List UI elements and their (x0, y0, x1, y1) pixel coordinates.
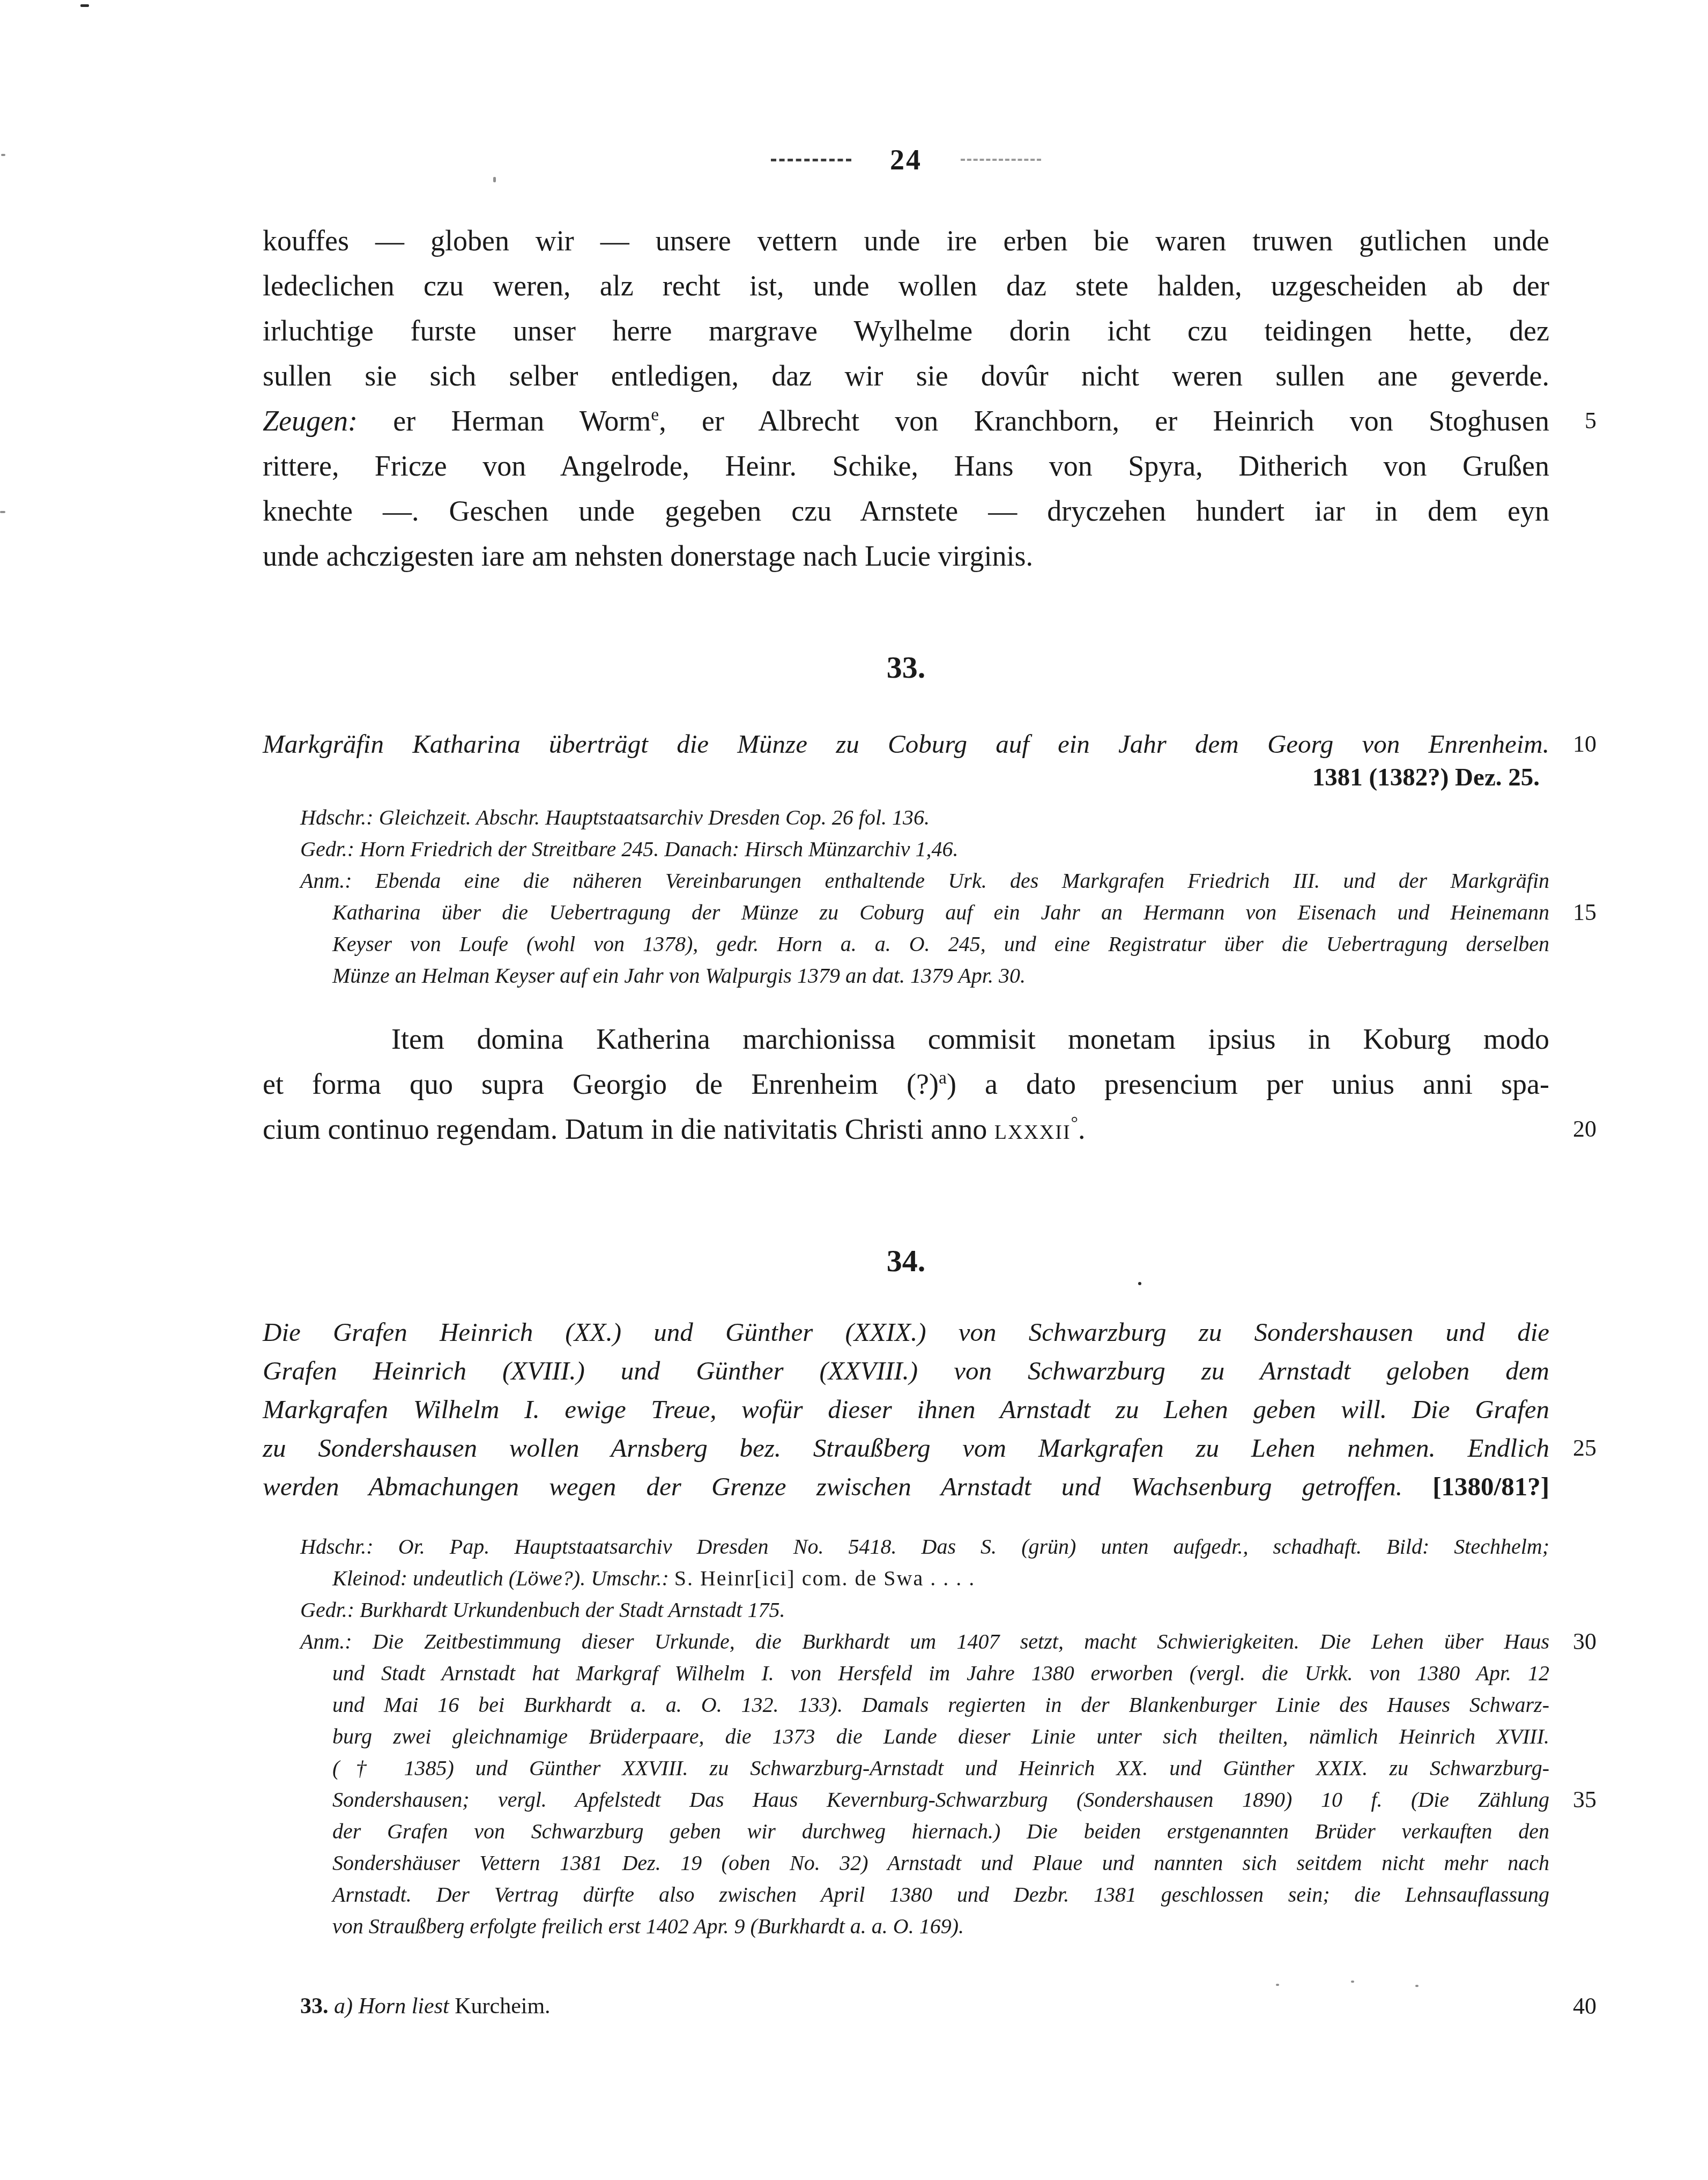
summary-line: werden Abmachungen wegen der Grenze zwis… (263, 1467, 1549, 1506)
scan-speck (1351, 1981, 1354, 1983)
entry34-apparatus: Hdschr.: Or. Pap. Hauptstaatsarchiv Dres… (300, 1531, 1549, 1942)
header-rule-right (961, 159, 1041, 161)
witnesses-label: Zeugen: (263, 405, 358, 437)
margin-line-number: 30 (1573, 1626, 1596, 1657)
gedr-line: Gedr.: Burkhardt Urkundenbuch der Stadt … (300, 1594, 1549, 1626)
latin-line: et forma quo supra Georgio de Enrenheim … (263, 1062, 1549, 1107)
anm-line: Sondershäuser Vettern 1381 Dez. 19 (oben… (332, 1847, 1549, 1879)
entry34-date: [1380/81?] (1432, 1472, 1549, 1501)
anm-line: und Mai 16 bei Burkhardt a. a. O. 132. 1… (332, 1689, 1549, 1721)
scan-speck (1276, 1984, 1279, 1986)
margin-line-number: 20 (1573, 1107, 1596, 1152)
footnote-mark: a) (329, 1994, 359, 2019)
text-segment: Anm.: Die Zeitbestimmung dieser Urkunde,… (300, 1629, 1549, 1653)
superscript-note: e (651, 405, 659, 425)
text-segment: . (1078, 1113, 1086, 1145)
margin-line-number: 10 (1573, 725, 1596, 763)
anm-line: von Straußberg erfolgte freilich erst 14… (332, 1910, 1549, 1942)
footnote-text-roman: Kurcheim. (455, 1994, 550, 2019)
ordinal-mark: ° (1071, 1113, 1078, 1133)
anm-line: Arnstadt. Der Vertrag dürfte also zwisch… (332, 1879, 1549, 1910)
anm-line: Keyser von Loufe (wohl von 1378), gedr. … (332, 928, 1549, 960)
text-line: kouffes — globen wir — unsere vettern un… (263, 218, 1549, 263)
page-header: 24 (263, 138, 1549, 181)
page-number: 24 (890, 143, 922, 176)
hdschr-line2: Kleinod: undeutlich (Löwe?). Umschr.: S.… (332, 1562, 1549, 1594)
text-line: unde achczigesten iare am nehsten doners… (263, 533, 1549, 579)
gedr-line: Gedr.: Horn Friedrich der Streitbare 245… (300, 833, 1549, 865)
text-line: rittere, Fricze von Angelrode, Heinr. Sc… (263, 443, 1549, 488)
scan-speck (0, 511, 5, 513)
text-segment: Markgräfin Katharina überträgt die Münze… (263, 729, 1549, 759)
scan-speck (1415, 1985, 1419, 1987)
margin-line-number: 5 (1585, 398, 1596, 443)
roman-numeral-year: lxxxii (994, 1113, 1071, 1145)
text-segment: et forma quo supra Georgio de Enrenheim … (263, 1068, 939, 1100)
scanned-book-page: 24 kouffes — globen wir — unsere vettern… (0, 0, 1708, 2180)
text-segment: ) a dato presencium per unius anni spa- (947, 1068, 1549, 1100)
text-segment: werden Abmachungen wegen der Grenze zwis… (263, 1472, 1432, 1501)
summary-line: zu Sondershausen wollen Arnsberg bez. St… (263, 1429, 1549, 1467)
entry33-apparatus: Hdschr.: Gleichzeit. Abschr. Hauptstaats… (300, 802, 1549, 991)
hdschr-line: Hdschr.: Or. Pap. Hauptstaatsarchiv Dres… (300, 1531, 1549, 1562)
margin-line-number: 35 (1573, 1784, 1596, 1815)
anm-line: und Stadt Arnstadt hat Markgraf Wilhelm … (332, 1657, 1549, 1689)
latin-line: Item domina Katherina marchionissa commi… (263, 1017, 1549, 1062)
summary-line: Grafen Heinrich (XVIII.) und Günther (XX… (263, 1352, 1549, 1390)
scan-speck (1, 154, 5, 156)
text-segment: , er Albrecht von Kranchborn, er Heinric… (659, 405, 1549, 437)
text-segment: Sondershausen; vergl. Apfelstedt Das Hau… (332, 1788, 1549, 1812)
anm-line: Münze an Helman Keyser auf ein Jahr von … (332, 960, 1549, 991)
entry33-number: 33. (263, 646, 1549, 689)
text-line: knechte —. Geschen unde gegeben czu Arns… (263, 488, 1549, 533)
text-segment: Katharina über die Uebertragung der Münz… (332, 900, 1549, 924)
text-line: sullen sie sich selber entledigen, daz w… (263, 353, 1549, 398)
footnote-entry-number: 33. (300, 1994, 329, 2019)
paragraph-entry32-continuation: kouffes — globen wir — unsere vettern un… (263, 218, 1549, 579)
text-line: irluchtige furste unser herre margrave W… (263, 308, 1549, 353)
hdschr-line: Hdschr.: Gleichzeit. Abschr. Hauptstaats… (300, 802, 1549, 833)
margin-line-number: 15 (1573, 896, 1596, 928)
header-rule-left (771, 159, 851, 161)
entry34-number: 34. (263, 1240, 1549, 1282)
summary-line: Die Grafen Heinrich (XX.) und Günther (X… (263, 1313, 1549, 1352)
scan-speck (80, 4, 89, 7)
scan-speck (1138, 1282, 1141, 1285)
anm-line: Katharina über die Uebertragung der Münz… (332, 896, 1549, 928)
anm-line: burg zwei gleichnamige Brüderpaare, die … (332, 1721, 1549, 1752)
anm-line: († 1385) und Günther XXVIII. zu Schwarzb… (332, 1752, 1549, 1784)
margin-line-number: 25 (1573, 1429, 1596, 1467)
text-segment: Kleinod: undeutlich (Löwe?). Umschr.: (332, 1566, 674, 1590)
entry33-date: 1381 (1382?) Dez. 25. (263, 758, 1549, 797)
anm-line: der Grafen von Schwarzburg geben wir dur… (332, 1815, 1549, 1847)
footnote-entry33: 33. a) Horn liest Kurcheim.40 (300, 1990, 1549, 2022)
footnote-marker: a (939, 1068, 947, 1088)
footnote-text-italic: Horn liest (359, 1994, 455, 2019)
anm-line: Sondershausen; vergl. Apfelstedt Das Hau… (332, 1784, 1549, 1815)
text-line-witnesses: Zeugen: er Herman Worme, er Albrecht von… (263, 398, 1549, 443)
latin-line: cium continuo regendam. Datum in die nat… (263, 1107, 1549, 1152)
text-line: ledeclichen czu weren, alz recht ist, un… (263, 263, 1549, 308)
anm-line: Anm.: Die Zeitbestimmung dieser Urkunde,… (300, 1626, 1549, 1657)
entry34-summary: Die Grafen Heinrich (XX.) und Günther (X… (263, 1313, 1549, 1506)
text-segment: cium continuo regendam. Datum in die nat… (263, 1113, 994, 1145)
margin-line-number: 40 (1573, 1990, 1596, 2022)
text-segment: zu Sondershausen wollen Arnsberg bez. St… (263, 1433, 1549, 1463)
seal-inscription: S. Heinr[ici] com. de Swa . . . . (674, 1566, 975, 1590)
footnote-line: 33. a) Horn liest Kurcheim.40 (300, 1990, 1549, 2022)
scan-speck (493, 177, 496, 182)
text-segment: er Herman Worm (358, 405, 651, 437)
anm-line: Anm.: Ebenda eine die näheren Vereinbaru… (300, 865, 1549, 896)
summary-line: Markgrafen Wilhelm I. ewige Treue, wofür… (263, 1390, 1549, 1429)
entry33-text-latin: Item domina Katherina marchionissa commi… (263, 1017, 1549, 1152)
